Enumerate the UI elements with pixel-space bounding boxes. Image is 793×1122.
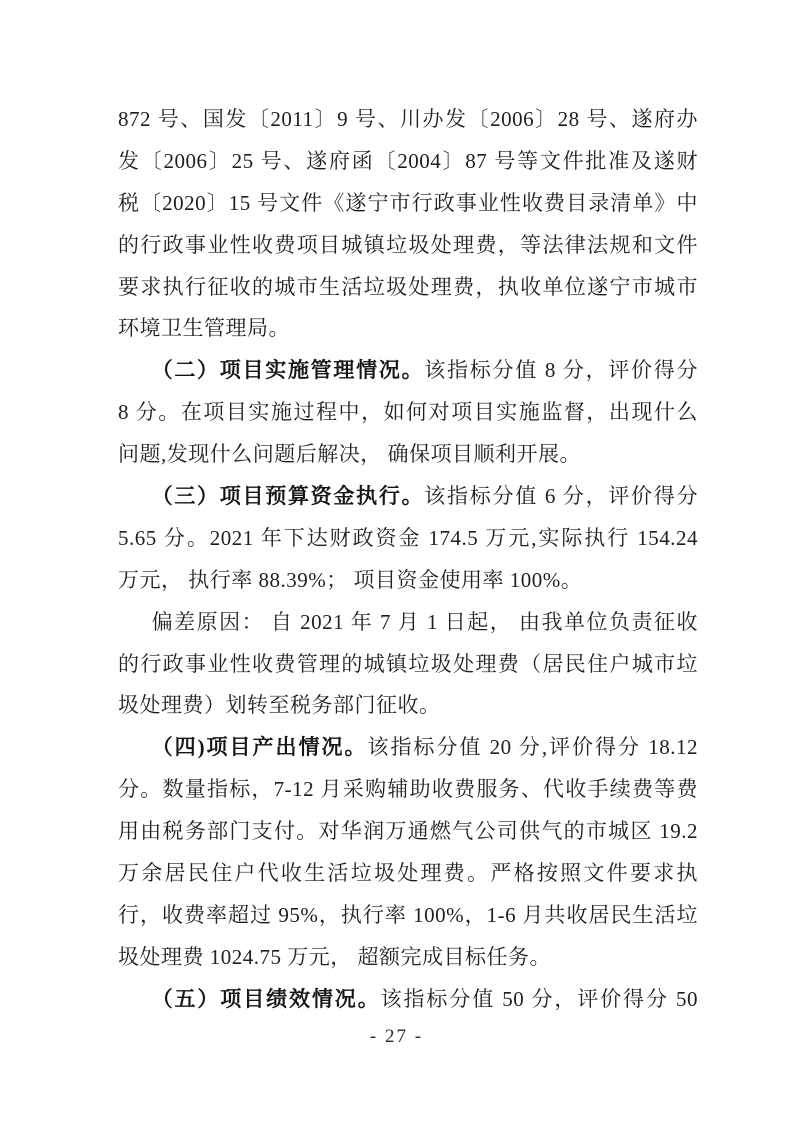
paragraph: （三）项目预算资金执行。该指标分值 6 分，评价得分5.65 分。2021 年下… xyxy=(118,476,698,602)
text-line: 万元， 执行率 88.39%； 项目资金使用率 100%。 xyxy=(118,560,698,602)
text-segment: 8 分。在项目实施过程中，如何对项目实施监督，出现什么 xyxy=(118,400,698,424)
text-segment: 问题,发现什么问题后解决， 确保项目顺利开展。 xyxy=(118,442,581,466)
text-line: 环境卫生管理局。 xyxy=(118,308,698,350)
text-segment: 该指标分值 6 分，评价得分 xyxy=(424,484,698,508)
text-segment: 的行政事业性收费项目城镇垃圾处理费，等法律法规和文件 xyxy=(118,233,698,257)
section-heading: （三）项目预算资金执行。 xyxy=(152,484,425,508)
text-line: （二）项目实施管理情况。该指标分值 8 分，评价得分 xyxy=(118,350,698,392)
text-line: 行，收费率超过 95%，执行率 100%，1-6 月共收居民生活垃 xyxy=(118,895,698,937)
paragraph: （五）项目绩效情况。该指标分值 50 分，评价得分 50 xyxy=(118,979,698,1021)
text-segment: 圾处理费）划转至税务部门征收。 xyxy=(118,693,441,717)
text-line: 872 号、国发〔2011〕9 号、川办发〔2006〕28 号、遂府办 xyxy=(118,99,698,141)
paragraph: （二）项目实施管理情况。该指标分值 8 分，评价得分8 分。在项目实施过程中，如… xyxy=(118,350,698,476)
text-segment: 万余居民住户代收生活垃圾处理费。严格按照文件要求执 xyxy=(118,861,698,885)
text-segment: 的行政事业性收费管理的城镇垃圾处理费（居民住户城市垃 xyxy=(118,652,698,676)
text-segment: 该指标分值 20 分,评价得分 18.12 xyxy=(367,735,698,759)
text-line: （三）项目预算资金执行。该指标分值 6 分，评价得分 xyxy=(118,476,698,518)
text-segment: 该指标分值 50 分，评价得分 50 xyxy=(381,987,698,1011)
text-line: （五）项目绩效情况。该指标分值 50 分，评价得分 50 xyxy=(118,979,698,1021)
document-body: 872 号、国发〔2011〕9 号、川办发〔2006〕28 号、遂府办发〔200… xyxy=(118,99,698,1021)
text-segment: 5.65 分。2021 年下达财政资金 174.5 万元,实际执行 154.24 xyxy=(118,526,698,550)
text-line: 的行政事业性收费管理的城镇垃圾处理费（居民住户城市垃 xyxy=(118,644,698,686)
text-line: 圾处理费）划转至税务部门征收。 xyxy=(118,685,698,727)
text-line: 的行政事业性收费项目城镇垃圾处理费，等法律法规和文件 xyxy=(118,225,698,267)
text-segment: 该指标分值 8 分，评价得分 xyxy=(424,358,698,382)
text-line: 用由税务部门支付。对华润万通燃气公司供气的市城区 19.2 xyxy=(118,811,698,853)
text-segment: 用由税务部门支付。对华润万通燃气公司供气的市城区 19.2 xyxy=(118,819,698,843)
text-line: 5.65 分。2021 年下达财政资金 174.5 万元,实际执行 154.24 xyxy=(118,518,698,560)
text-segment: 872 号、国发〔2011〕9 号、川办发〔2006〕28 号、遂府办 xyxy=(118,107,698,131)
text-line: 偏差原因： 自 2021 年 7 月 1 日起， 由我单位负责征收 xyxy=(118,602,698,644)
text-line: 问题,发现什么问题后解决， 确保项目顺利开展。 xyxy=(118,434,698,476)
text-line: 8 分。在项目实施过程中，如何对项目实施监督，出现什么 xyxy=(118,392,698,434)
text-segment: 要求执行征收的城市生活垃圾处理费，执收单位遂宁市城市 xyxy=(118,275,698,299)
document-page: 872 号、国发〔2011〕9 号、川办发〔2006〕28 号、遂府办发〔200… xyxy=(0,0,793,1122)
text-segment: 环境卫生管理局。 xyxy=(118,316,290,340)
text-segment: 万元， 执行率 88.39%； 项目资金使用率 100%。 xyxy=(118,568,582,592)
text-line: （四)项目产出情况。该指标分值 20 分,评价得分 18.12 xyxy=(118,727,698,769)
text-line: 发〔2006〕25 号、遂府函〔2004〕87 号等文件批准及遂财 xyxy=(118,141,698,183)
text-line: 圾处理费 1024.75 万元， 超额完成目标任务。 xyxy=(118,937,698,979)
text-segment: 行，收费率超过 95%，执行率 100%，1-6 月共收居民生活垃 xyxy=(118,903,698,927)
section-heading: （四)项目产出情况。 xyxy=(152,735,368,759)
paragraph: 872 号、国发〔2011〕9 号、川办发〔2006〕28 号、遂府办发〔200… xyxy=(118,99,698,350)
text-segment: 偏差原因： 自 2021 年 7 月 1 日起， 由我单位负责征收 xyxy=(152,610,698,634)
text-line: 万余居民住户代收生活垃圾处理费。严格按照文件要求执 xyxy=(118,853,698,895)
text-segment: 发〔2006〕25 号、遂府函〔2004〕87 号等文件批准及遂财 xyxy=(118,149,698,173)
section-heading: （二）项目实施管理情况。 xyxy=(152,358,425,382)
text-segment: 分。数量指标，7-12 月采购辅助收费服务、代收手续费等费 xyxy=(118,777,698,801)
text-segment: 税〔2020〕15 号文件《遂宁市行政事业性收费目录清单》中 xyxy=(118,191,698,215)
text-line: 分。数量指标，7-12 月采购辅助收费服务、代收手续费等费 xyxy=(118,769,698,811)
section-heading: （五）项目绩效情况。 xyxy=(152,987,381,1011)
paragraph: 偏差原因： 自 2021 年 7 月 1 日起， 由我单位负责征收的行政事业性收… xyxy=(118,602,698,728)
paragraph: （四)项目产出情况。该指标分值 20 分,评价得分 18.12分。数量指标，7-… xyxy=(118,727,698,978)
page-number: - 27 - xyxy=(0,1026,793,1048)
text-line: 税〔2020〕15 号文件《遂宁市行政事业性收费目录清单》中 xyxy=(118,183,698,225)
text-line: 要求执行征收的城市生活垃圾处理费，执收单位遂宁市城市 xyxy=(118,267,698,309)
text-segment: 圾处理费 1024.75 万元， 超额完成目标任务。 xyxy=(118,945,551,969)
